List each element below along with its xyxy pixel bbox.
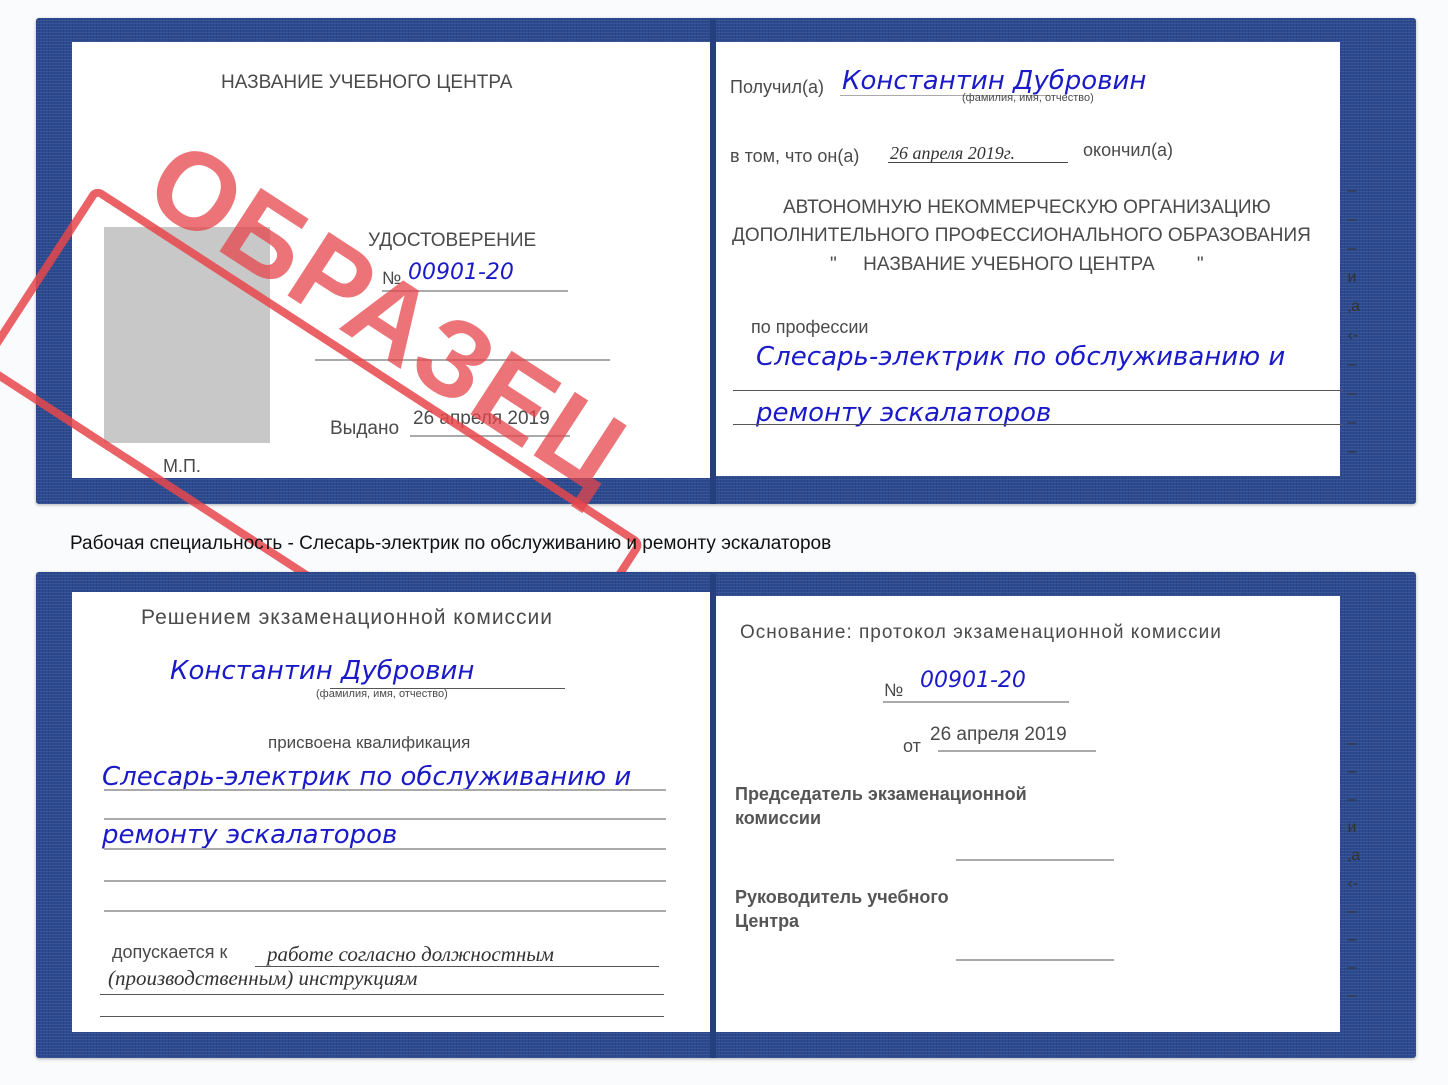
basis-text: Основание: протокол экзаменационной коми… [740,622,1222,644]
completion-date: 26 апреля 2019г. [890,143,1015,164]
edge-mark: и [1348,263,1360,292]
admitted-underline-3 [100,1016,664,1017]
profession-underline-1 [733,390,1343,391]
edge-mark: – [1348,954,1360,982]
finished-label: окончил(а) [1083,140,1173,161]
edge-mark: – [1348,730,1360,758]
edge-mark: ‹- [1348,870,1360,898]
protocol-number: 00901-20 [920,668,1026,693]
profession-label: по профессии [751,317,868,338]
caption: Рабочая специальность - Слесарь-электрик… [70,533,831,555]
head-line-2: Центра [735,911,799,932]
edge-marks-bottom: – – – и ‚а ‹- – – – – [1348,730,1360,1010]
qual-underline-3 [104,848,666,850]
date-underline [888,162,1068,163]
fio-hint: (фамилия, имя, отчество) [962,92,1094,104]
qual-underline-1 [104,789,666,791]
admitted-line-2: (производственным) инструкциям [108,966,417,991]
edge-marks-top: – – – и ‚а ‹- – – – – [1348,176,1360,466]
chair-line-2: комиссии [735,808,821,829]
edge-mark: – [1348,982,1360,1010]
commission-heading: Решением экзаменационной комиссии [141,606,553,630]
chair-line-1: Председатель экзаменационной [735,784,1027,805]
chair-signature-line [956,859,1114,861]
edge-mark: – [1348,758,1360,786]
edge-mark: – [1348,786,1360,814]
qual-underline-4 [104,880,666,882]
edge-mark: и [1348,814,1360,842]
admitted-label: допускается к [112,942,227,963]
from-date: 26 апреля 2019 [930,724,1067,746]
edge-mark: – [1348,437,1360,466]
fio-hint-bottom: (фамилия, имя, отчество) [316,688,448,700]
org-line-1: АВТОНОМНУЮ НЕКОММЕРЧЕСКУЮ ОРГАНИЗАЦИЮ [783,197,1271,219]
edge-mark: – [1348,234,1360,263]
recipient-name-bottom: Константин Дубровин [170,656,474,686]
from-label: от [903,736,921,757]
protocol-number-label: № [884,680,903,701]
center-name: НАЗВАНИЕ УЧЕБНОГО ЦЕНТРА [221,72,513,94]
qual-line-1: Слесарь-электрик по обслуживанию и [102,762,631,792]
edge-mark: ‚а [1348,292,1360,321]
edge-mark: – [1348,408,1360,437]
org-line-3: " НАЗВАНИЕ УЧЕБНОГО ЦЕНТРА " [830,254,1204,276]
edge-mark: – [1348,350,1360,379]
top-spine [710,20,716,504]
edge-mark: – [1348,205,1360,234]
profession-line-1: Слесарь-электрик по обслуживанию и [756,342,1285,372]
admitted-underline-2 [100,994,664,995]
edge-mark: – [1348,379,1360,408]
org-line-2: ДОПОЛНИТЕЛЬНОГО ПРОФЕССИОНАЛЬНОГО ОБРАЗО… [732,225,1311,247]
qual-line-2: ремонту эскалаторов [102,820,397,850]
protocol-number-underline [883,701,1069,703]
profession-underline-2 [733,424,1343,425]
qual-underline-5 [104,910,666,912]
edge-mark: ‹- [1348,321,1360,350]
head-line-1: Руководитель учебного [735,887,949,908]
admitted-line-1: работе согласно должностным [267,942,554,967]
qual-label: присвоена квалификация [268,733,470,753]
head-signature-line [956,959,1114,961]
bottom-spine [710,574,716,1058]
from-date-underline [938,750,1096,752]
edge-mark: ‚а [1348,842,1360,870]
edge-mark: – [1348,898,1360,926]
received-label: Получил(а) [730,77,824,98]
that-label: в том, что он(а) [730,146,859,167]
edge-mark: – [1348,176,1360,205]
edge-mark: – [1348,926,1360,954]
